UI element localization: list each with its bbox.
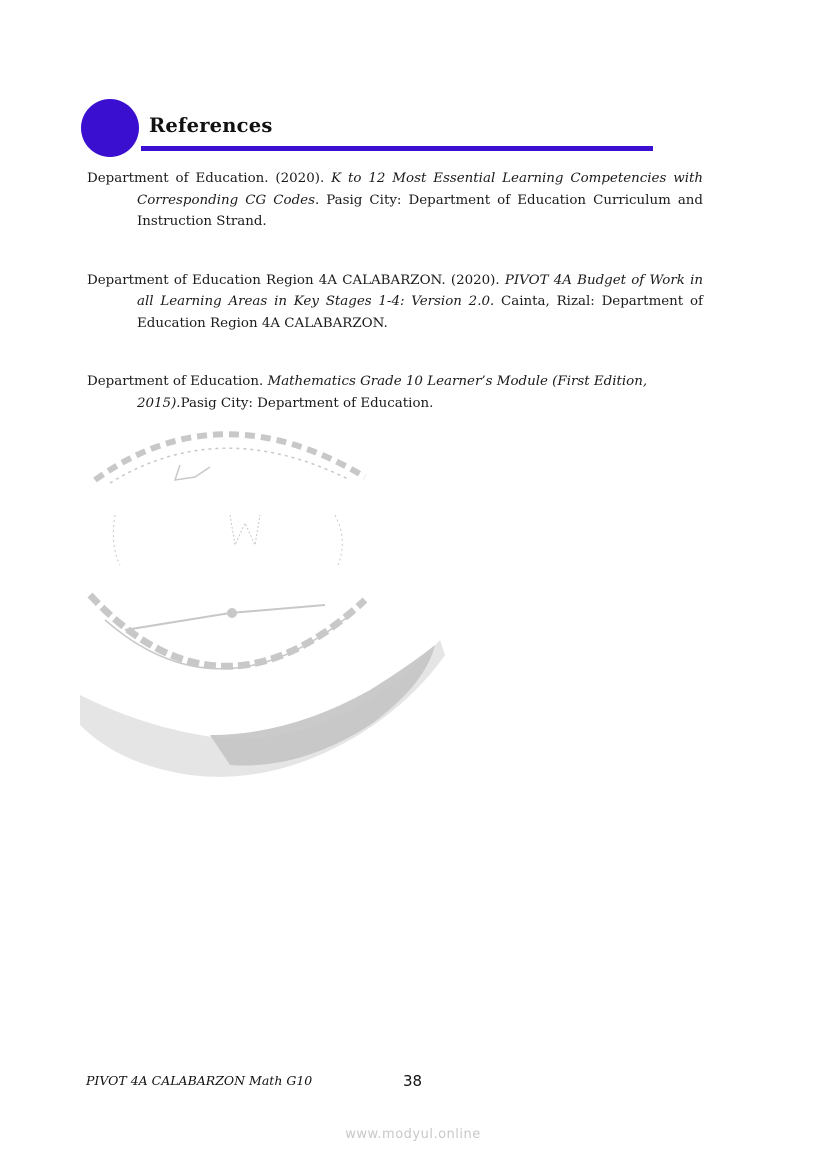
site-watermark-text: www.modyul.online [0, 1127, 826, 1142]
section-title: References [149, 114, 273, 137]
reference-item: Department of Education. (2020). K to 12… [87, 168, 703, 233]
reference-list: Department of Education. (2020). K to 12… [87, 168, 703, 414]
page-number: 38 [403, 1072, 422, 1090]
reference-item: Department of Education Region 4A CALABA… [87, 270, 703, 335]
reference-author: Department of Education. (2020). [87, 171, 331, 186]
reference-author: Department of Education. [87, 374, 267, 389]
section-header-circle [81, 99, 139, 157]
section-title-underline [141, 146, 653, 151]
reference-publisher: Pasig City: Department of Education. [181, 396, 434, 411]
reference-author: Department of Education Region 4A CALABA… [87, 273, 505, 288]
reference-item: Department of Education. Mathematics Gra… [87, 371, 703, 414]
footer-module-title: PIVOT 4A CALABARZON Math G10 [86, 1073, 312, 1088]
deped-seal-watermark-icon [80, 405, 450, 785]
